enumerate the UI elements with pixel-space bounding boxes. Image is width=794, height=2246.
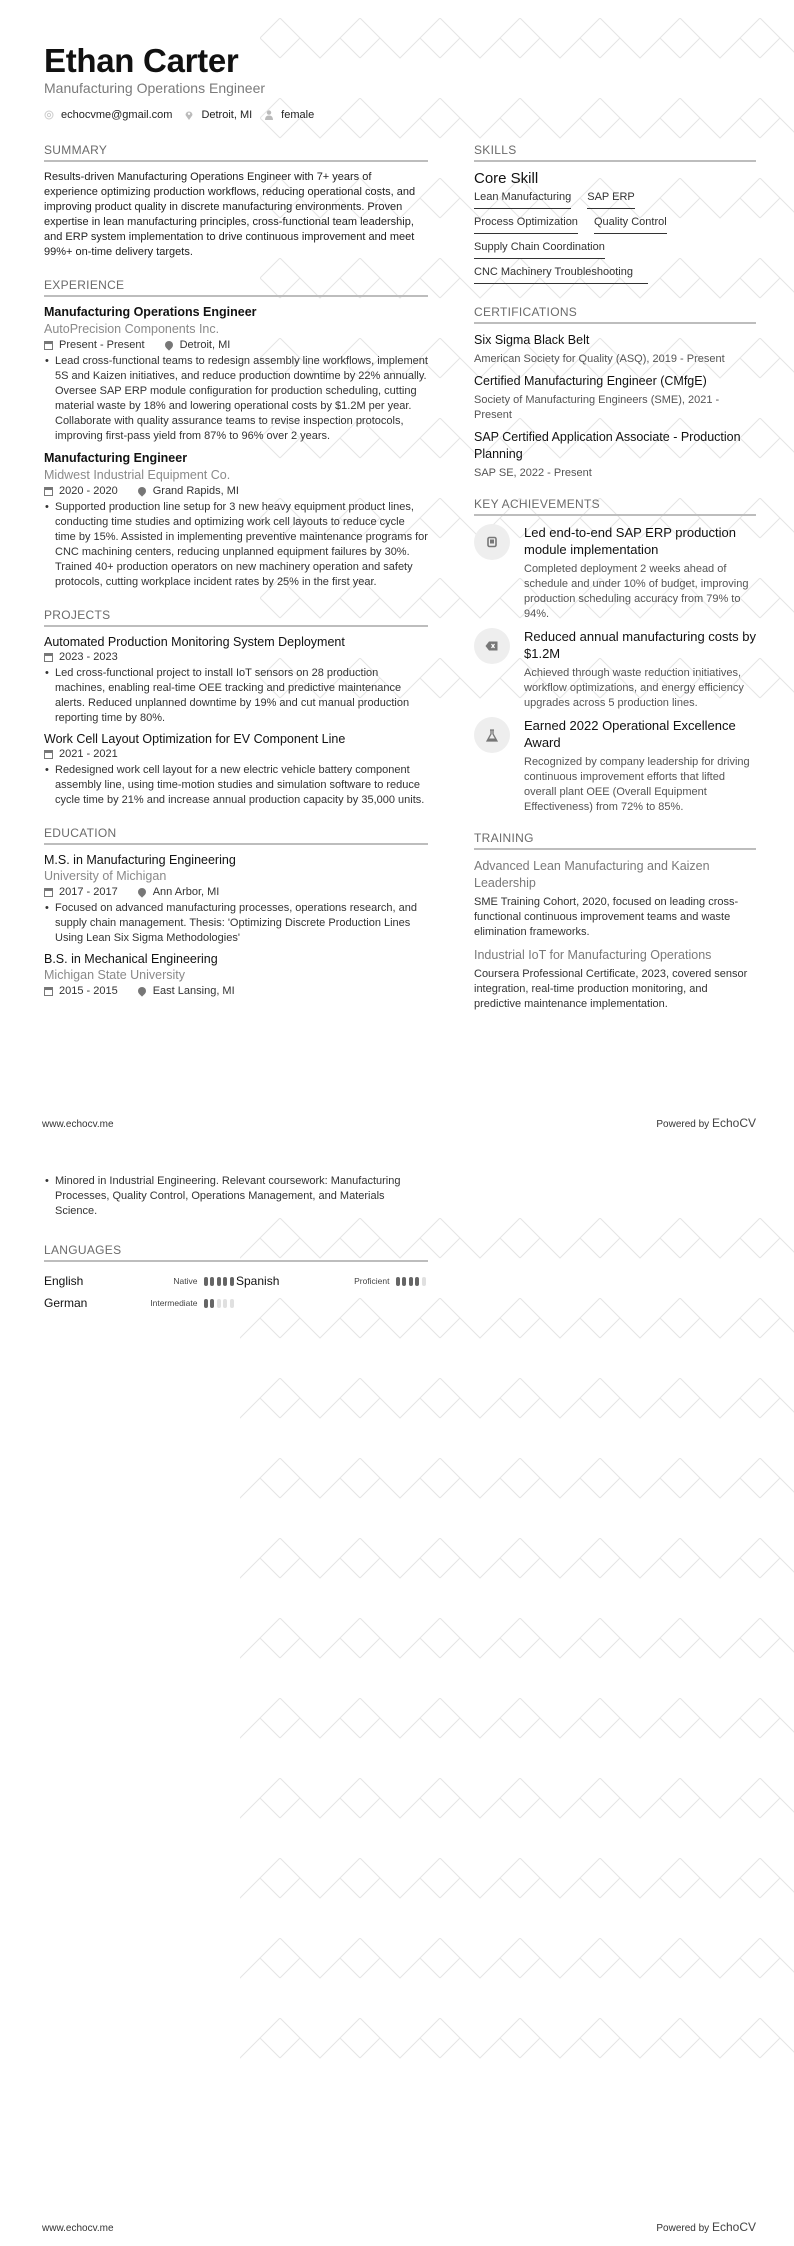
certification-name: Six Sigma Black Belt <box>474 332 756 349</box>
project-dates: 2023 - 2023 <box>59 651 118 663</box>
resume-page-1: Ethan Carter Manufacturing Operations En… <box>0 0 794 1110</box>
education-heading: EDUCATION <box>44 826 428 845</box>
job-meta: 2020 - 2020 Grand Rapids, MI <box>44 485 428 497</box>
language-item: English Native <box>44 1274 236 1288</box>
candidate-name: Ethan Carter <box>44 42 238 80</box>
contact-email[interactable]: echocvme@gmail.com <box>44 109 172 121</box>
language-name: German <box>44 1296 114 1310</box>
certification-issuer: American Society for Quality (ASQ), 2019… <box>474 352 756 367</box>
skill-tag: CNC Machinery Troubleshooting <box>474 266 648 284</box>
footer-site-link[interactable]: www.echocv.me <box>42 1119 114 1130</box>
language-level: Intermediate <box>114 1298 198 1308</box>
training-item: Advanced Lean Manufacturing and Kaizen L… <box>474 858 756 940</box>
powered-by-text: Powered by <box>656 2223 709 2234</box>
flask-icon <box>474 717 510 753</box>
project-title: Automated Production Monitoring System D… <box>44 635 428 649</box>
company-name: AutoPrecision Components Inc. <box>44 322 428 336</box>
job-dates: 2020 - 2020 <box>59 485 118 497</box>
job-location: Grand Rapids, MI <box>153 485 239 497</box>
achievements-heading: KEY ACHIEVEMENTS <box>474 497 756 516</box>
skill-tag: Quality Control <box>594 216 667 234</box>
achievement-description: Completed deployment 2 weeks ahead of sc… <box>524 562 756 622</box>
brand-name: EchoCV <box>712 1116 756 1130</box>
training-title: Advanced Lean Manufacturing and Kaizen L… <box>474 858 756 892</box>
training-description: SME Training Cohort, 2020, focused on le… <box>474 895 756 940</box>
skill-tag: Process Optimization <box>474 216 578 234</box>
achievement-title: Reduced annual manufacturing costs by $1… <box>524 628 756 662</box>
left-column: SUMMARY Results-driven Manufacturing Ope… <box>44 143 428 1000</box>
language-item: German Intermediate <box>44 1296 236 1310</box>
certification-item: SAP Certified Application Associate - Pr… <box>474 429 756 481</box>
achievement-description: Recognized by company leadership for dri… <box>524 755 756 815</box>
contact-location: Detroit, MI <box>184 109 252 121</box>
rating-bar <box>210 1299 214 1308</box>
job-title: Manufacturing Engineer <box>44 451 428 465</box>
project-item: Work Cell Layout Optimization for EV Com… <box>44 732 428 808</box>
language-rating <box>204 1277 237 1286</box>
languages-heading: LANGUAGES <box>44 1243 428 1262</box>
rating-bar <box>210 1277 214 1286</box>
language-item: Spanish Proficient <box>236 1274 428 1288</box>
job-meta: Present - Present Detroit, MI <box>44 339 428 351</box>
rating-bar <box>409 1277 413 1286</box>
location-text: Detroit, MI <box>201 109 252 121</box>
certification-issuer: Society of Manufacturing Engineers (SME)… <box>474 393 756 423</box>
rating-bar <box>422 1277 426 1286</box>
location-pin-icon <box>163 339 174 350</box>
summary-heading: SUMMARY <box>44 143 428 162</box>
rating-bar <box>230 1277 234 1286</box>
achievement-item: Earned 2022 Operational Excellence Award… <box>474 717 756 815</box>
achievement-title: Led end-to-end SAP ERP production module… <box>524 524 756 558</box>
certification-item: Six Sigma Black Belt American Society fo… <box>474 332 756 367</box>
certification-name: Certified Manufacturing Engineer (CMfgE) <box>474 373 756 390</box>
rating-bar <box>204 1299 208 1308</box>
rating-bar <box>217 1277 221 1286</box>
education-dates: 2017 - 2017 <box>59 886 118 898</box>
language-rating <box>204 1299 237 1308</box>
education-dates: 2015 - 2015 <box>59 985 118 997</box>
training-heading: TRAINING <box>474 831 756 850</box>
calendar-icon <box>44 750 53 759</box>
certification-issuer: SAP SE, 2022 - Present <box>474 466 756 481</box>
page-footer: www.echocv.me Powered by EchoCV <box>42 1116 756 1130</box>
degree-title: M.S. in Manufacturing Engineering <box>44 853 428 867</box>
school-name: University of Michigan <box>44 869 428 883</box>
skill-group-title: Core Skill <box>474 170 756 187</box>
languages-row: German Intermediate <box>44 1292 428 1314</box>
language-level: Native <box>114 1276 198 1286</box>
at-icon <box>44 110 54 120</box>
skills-list: Lean Manufacturing SAP ERP Process Optim… <box>474 191 756 291</box>
page-footer: www.echocv.me Powered by EchoCV <box>42 2220 756 2234</box>
contact-gender: female <box>264 109 314 121</box>
training-description: Coursera Professional Certificate, 2023,… <box>474 967 756 1012</box>
skill-tag: Lean Manufacturing <box>474 191 571 209</box>
training-item: Industrial IoT for Manufacturing Operati… <box>474 947 756 1012</box>
education-item: M.S. in Manufacturing Engineering Univer… <box>44 853 428 946</box>
rating-bar <box>204 1277 208 1286</box>
project-title: Work Cell Layout Optimization for EV Com… <box>44 732 428 746</box>
education-location: Ann Arbor, MI <box>153 886 220 898</box>
powered-by-text: Powered by <box>656 1119 709 1130</box>
project-bullet: Led cross-functional project to install … <box>44 666 428 726</box>
school-name: Michigan State University <box>44 968 428 982</box>
calendar-icon <box>44 487 53 496</box>
job-location: Detroit, MI <box>180 339 231 351</box>
calendar-icon <box>44 341 53 350</box>
achievement-item: Led end-to-end SAP ERP production module… <box>474 524 756 622</box>
certification-name: SAP Certified Application Associate - Pr… <box>474 429 756 463</box>
achievement-item: Reduced annual manufacturing costs by $1… <box>474 628 756 711</box>
footer-site-link[interactable]: www.echocv.me <box>42 2223 114 2234</box>
education-meta: 2017 - 2017 Ann Arbor, MI <box>44 886 428 898</box>
gender-text: female <box>281 109 314 121</box>
location-pin-icon <box>136 886 147 897</box>
language-name: Spanish <box>236 1274 306 1288</box>
project-meta: 2023 - 2023 <box>44 651 428 663</box>
rating-bar <box>223 1299 227 1308</box>
training-title: Industrial IoT for Manufacturing Operati… <box>474 947 756 964</box>
education-item: B.S. in Mechanical Engineering Michigan … <box>44 952 428 997</box>
projects-heading: PROJECTS <box>44 608 428 627</box>
job-dates: Present - Present <box>59 339 145 351</box>
certifications-heading: CERTIFICATIONS <box>474 305 756 324</box>
rating-bar <box>217 1299 221 1308</box>
project-bullet: Redesigned work cell layout for a new el… <box>44 763 428 808</box>
education-location: East Lansing, MI <box>153 985 235 997</box>
project-dates: 2021 - 2021 <box>59 748 118 760</box>
language-rating <box>396 1277 429 1286</box>
company-name: Midwest Industrial Equipment Co. <box>44 468 428 482</box>
brand-name: EchoCV <box>712 2220 756 2234</box>
candidate-title: Manufacturing Operations Engineer <box>44 80 265 96</box>
skills-heading: SKILLS <box>474 143 756 162</box>
resume-page-2: Minored in Industrial Engineering. Relev… <box>0 1140 794 2246</box>
person-icon <box>264 110 274 120</box>
languages-row: English Native Spanish Proficient <box>44 1270 428 1292</box>
calendar-icon <box>44 653 53 662</box>
skill-tag: SAP ERP <box>587 191 635 209</box>
language-name: English <box>44 1274 114 1288</box>
education-meta: 2015 - 2015 East Lansing, MI <box>44 985 428 997</box>
footer-powered: Powered by EchoCV <box>656 1116 756 1130</box>
achievement-title: Earned 2022 Operational Excellence Award <box>524 717 756 751</box>
right-column: SKILLS Core Skill Lean Manufacturing SAP… <box>474 143 756 1019</box>
contact-row: echocvme@gmail.com Detroit, MI female <box>44 109 326 121</box>
project-meta: 2021 - 2021 <box>44 748 428 760</box>
rating-bar <box>396 1277 400 1286</box>
experience-item: Manufacturing Engineer Midwest Industria… <box>44 451 428 590</box>
backspace-icon <box>474 628 510 664</box>
language-level: Proficient <box>306 1276 390 1286</box>
degree-title: B.S. in Mechanical Engineering <box>44 952 428 966</box>
project-item: Automated Production Monitoring System D… <box>44 635 428 726</box>
job-bullet: Supported production line setup for 3 ne… <box>44 500 428 590</box>
location-pin-icon <box>136 985 147 996</box>
location-pin-icon <box>184 110 194 120</box>
job-title: Manufacturing Operations Engineer <box>44 305 428 319</box>
rating-bar <box>402 1277 406 1286</box>
summary-text: Results-driven Manufacturing Operations … <box>44 170 428 260</box>
skill-tag: Supply Chain Coordination <box>474 241 605 259</box>
achievement-description: Achieved through waste reduction initiat… <box>524 666 756 711</box>
calendar-icon <box>44 987 53 996</box>
experience-heading: EXPERIENCE <box>44 278 428 297</box>
location-pin-icon <box>136 485 147 496</box>
calendar-icon <box>44 888 53 897</box>
rating-bar <box>230 1299 234 1308</box>
rating-bar <box>223 1277 227 1286</box>
email-text: echocvme@gmail.com <box>61 109 172 121</box>
bookmark-icon <box>474 524 510 560</box>
certification-item: Certified Manufacturing Engineer (CMfgE)… <box>474 373 756 423</box>
education-bullet: Minored in Industrial Engineering. Relev… <box>44 1174 428 1219</box>
education-bullet: Focused on advanced manufacturing proces… <box>44 901 428 946</box>
left-column-continued: Minored in Industrial Engineering. Relev… <box>44 1174 428 1314</box>
rating-bar <box>415 1277 419 1286</box>
job-bullet: Lead cross-functional teams to redesign … <box>44 354 428 444</box>
footer-powered: Powered by EchoCV <box>656 2220 756 2234</box>
experience-item: Manufacturing Operations Engineer AutoPr… <box>44 305 428 444</box>
